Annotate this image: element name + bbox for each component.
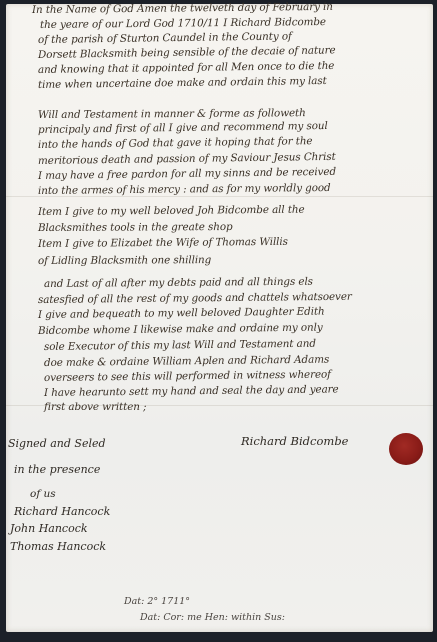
text-line: first above written ;: [44, 401, 146, 413]
text-line: of Lidling Blacksmith one shilling: [38, 254, 211, 267]
text-line: Will and Testament in manner & forme as …: [38, 107, 306, 121]
text-line: Item I give to Elizabet the Wife of Thom…: [38, 236, 288, 250]
witness-signature: Thomas Hancock: [10, 540, 106, 553]
endorsement-line: Dat: 2° 1711°: [124, 596, 190, 607]
witness-signature: John Hancock: [10, 522, 88, 535]
attestation-line: Signed and Seled: [8, 437, 106, 450]
endorsement-line: Dat: Cor: me Hen: within Sus:: [140, 612, 285, 623]
attestation-line: of us: [30, 488, 56, 500]
text-line: Item I give to my well beloved Joh Bidco…: [38, 204, 305, 218]
witness-signature: Richard Hancock: [14, 505, 110, 518]
testator-signature: Richard Bidcombe: [241, 434, 348, 448]
attestation-line: in the presence: [14, 463, 100, 476]
text-line: and Last of all after my debts paid and …: [44, 276, 313, 290]
wax-seal: [389, 433, 423, 465]
text-line: Blacksmithes tools in the greate shop: [38, 221, 233, 234]
